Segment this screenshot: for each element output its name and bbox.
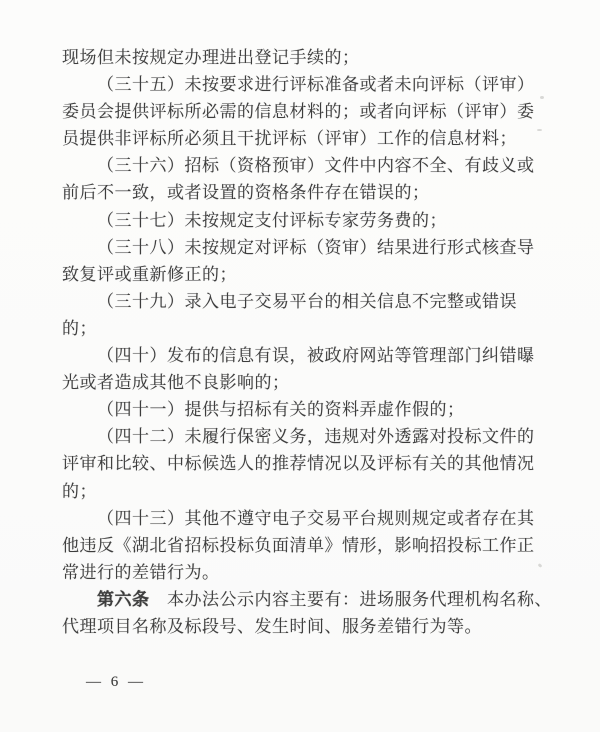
text-line: 第六条 本办法公示内容主要有：进场服务代理机构名称、 [62, 586, 542, 613]
text-line: （三十九）录入电子交易平台的相关信息不完整或错误 [62, 288, 542, 315]
text-line: 的； [62, 315, 542, 342]
text-line: 致复评或重新修正的； [62, 261, 542, 288]
text-segment: （四十三）其他不遵守电子交易平台规则规定或者存在其 [97, 509, 535, 528]
text-segment: 的； [62, 319, 97, 338]
text-segment: 他违反《湖北省招标投标负面清单》情形，影响招投标工作正 [62, 536, 535, 555]
text-line: （四十一）提供与招标有关的资料弄虚作假的； [62, 396, 542, 423]
text-line: 光或者造成其他不良影响的； [62, 369, 542, 396]
text-segment: （四十）发布的信息有误，被政府网站等管理部门纠错曝 [97, 346, 535, 365]
text-segment: 本办法公示内容主要有：进场服务代理机构名称、 [150, 590, 553, 609]
text-segment: （四十一）提供与招标有关的资料弄虚作假的； [97, 400, 465, 419]
text-segment: 评审和比较、中标候选人的推荐情况以及评标有关的其他情况 [62, 454, 535, 473]
text-segment: （三十九）录入电子交易平台的相关信息不完整或错误 [97, 292, 517, 311]
text-segment: （三十六）招标（资格预审）文件中内容不全、有歧义或 [97, 156, 535, 175]
text-line: （三十七）未按规定支付评标专家劳务费的； [62, 207, 542, 234]
text-segment: 委员会提供评标所必需的信息材料的；或者向评标（评审）委 [62, 102, 535, 121]
text-segment: （四十二）未履行保密义务，违规对外透露对投标文件的 [97, 427, 535, 446]
text-segment: 光或者造成其他不良影响的； [62, 373, 290, 392]
text-line: 委员会提供评标所必需的信息材料的；或者向评标（评审）委 [62, 98, 542, 125]
scan-artifact [540, 96, 544, 99]
text-line: （三十六）招标（资格预审）文件中内容不全、有歧义或 [62, 152, 542, 179]
article-number: 第六条 [97, 590, 150, 609]
text-segment: 前后不一致，或者设置的资格条件存在错误的； [62, 183, 430, 202]
text-line: 他违反《湖北省招标投标负面清单》情形，影响招投标工作正 [62, 532, 542, 559]
text-segment: （三十七）未按规定支付评标专家劳务费的； [97, 211, 447, 230]
document-page: 现场但未按规定办理进出登记手续的；（三十五）未按要求进行评标准备或者未向评标（评… [0, 0, 600, 732]
text-segment: （三十五）未按要求进行评标准备或者未向评标（评审） [97, 75, 535, 94]
text-line: （三十五）未按要求进行评标准备或者未向评标（评审） [62, 71, 542, 98]
text-line: 前后不一致，或者设置的资格条件存在错误的； [62, 179, 542, 206]
text-line: 的； [62, 478, 542, 505]
text-segment: 常进行的差错行为。 [62, 563, 220, 582]
text-line: 代理项目名称及标段号、发生时间、服务差错行为等。 [62, 613, 542, 640]
text-line: （四十二）未履行保密义务，违规对外透露对投标文件的 [62, 423, 542, 450]
text-segment: 现场但未按规定办理进出登记手续的； [62, 48, 360, 67]
text-segment: 致复评或重新修正的； [62, 265, 237, 284]
text-line: （三十八）未按规定对评标（资审）结果进行形式核查导 [62, 234, 542, 261]
text-lines: 现场但未按规定办理进出登记手续的；（三十五）未按要求进行评标准备或者未向评标（评… [62, 44, 542, 640]
text-segment: 员提供非评标所必须且干扰评标（评审）工作的信息材料； [62, 129, 517, 148]
text-segment: （三十八）未按规定对评标（资审）结果进行形式核查导 [97, 238, 535, 257]
text-line: （四十）发布的信息有误，被政府网站等管理部门纠错曝 [62, 342, 542, 369]
scan-artifact [537, 129, 542, 131]
text-line: 现场但未按规定办理进出登记手续的； [62, 44, 542, 71]
text-line: 常进行的差错行为。 [62, 559, 542, 586]
text-line: （四十三）其他不遵守电子交易平台规则规定或者存在其 [62, 505, 542, 532]
text-segment: 代理项目名称及标段号、发生时间、服务差错行为等。 [62, 617, 482, 636]
text-line: 员提供非评标所必须且干扰评标（评审）工作的信息材料； [62, 125, 542, 152]
text-segment: 的； [62, 482, 97, 501]
text-line: 评审和比较、中标候选人的推荐情况以及评标有关的其他情况 [62, 450, 542, 477]
page-number: — 6 — [86, 674, 146, 691]
